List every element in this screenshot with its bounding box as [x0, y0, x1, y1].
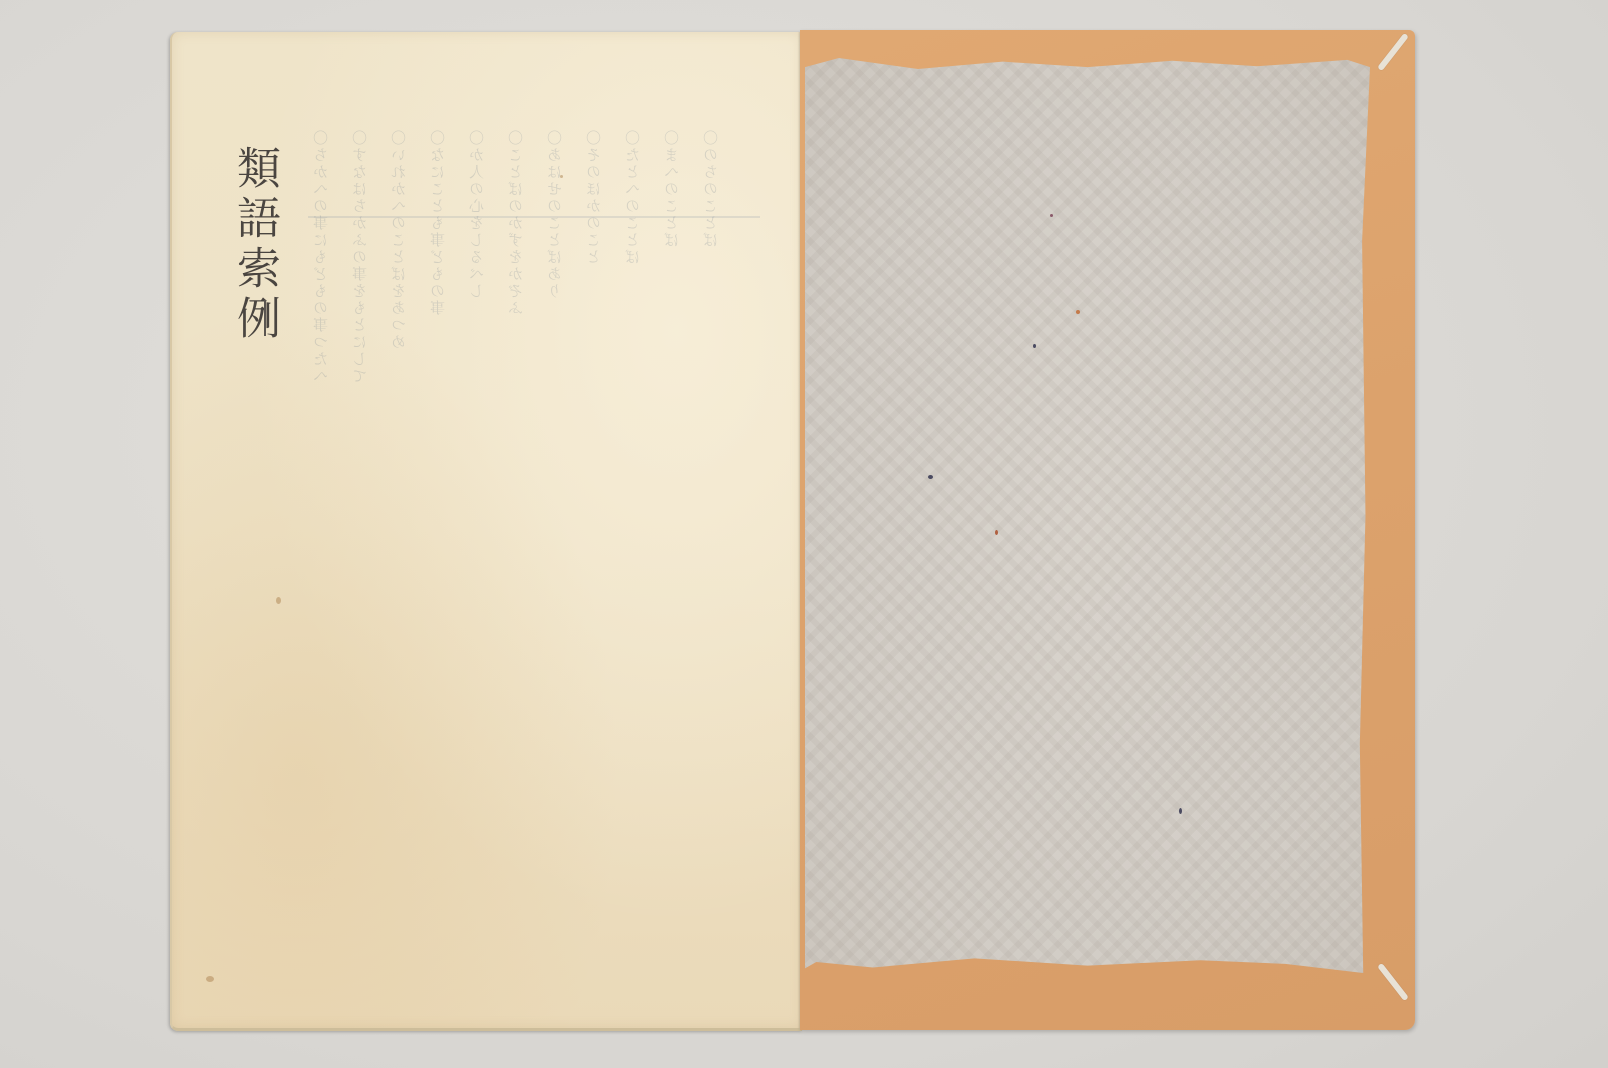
fiber-fleck	[1076, 310, 1080, 314]
bleed-column: 〇まへのことば	[661, 130, 682, 910]
bleed-column: 〇なにことも事どもの事	[427, 130, 448, 910]
foxing-spot	[560, 175, 563, 178]
bleed-column: 〇ちかへの事にもどもの事つたへ	[310, 130, 331, 910]
foxing-spot	[206, 976, 214, 982]
bleed-column: 〇そのほかのこと	[583, 130, 604, 910]
title-rule	[264, 300, 266, 336]
bleed-column: 〇たとへのことば	[622, 130, 643, 910]
bleed-column: 〇あはせのことばあり	[544, 130, 565, 910]
endpaper-panel	[805, 58, 1370, 973]
fiber-fleck	[995, 530, 998, 535]
fiber-fleck	[1033, 344, 1036, 348]
bleed-column: 〇すなはちかふの事をもとにして	[349, 130, 370, 910]
bleed-through-text: 〇ちかへの事にもどもの事つたへ 〇すなはちかふの事をもとにして 〇いれかへのこと…	[310, 130, 750, 910]
bleed-column: 〇ことばのかずをかぞふ	[505, 130, 526, 910]
fiber-fleck	[1179, 808, 1182, 814]
book-scene: 〇ちかへの事にもどもの事つたへ 〇すなはちかふの事をもとにして 〇いれかへのこと…	[0, 0, 1608, 1068]
bleed-column: 〇か人の心をしるべし	[466, 130, 487, 910]
foxing-spot	[276, 597, 281, 604]
bleed-column: 〇のちのことば	[700, 130, 721, 910]
fiber-fleck	[928, 475, 933, 479]
page-title: 類語索例	[222, 145, 286, 345]
bleed-column: 〇いれかへのことばをあつめ	[388, 130, 409, 910]
fiber-fleck	[1050, 214, 1053, 217]
